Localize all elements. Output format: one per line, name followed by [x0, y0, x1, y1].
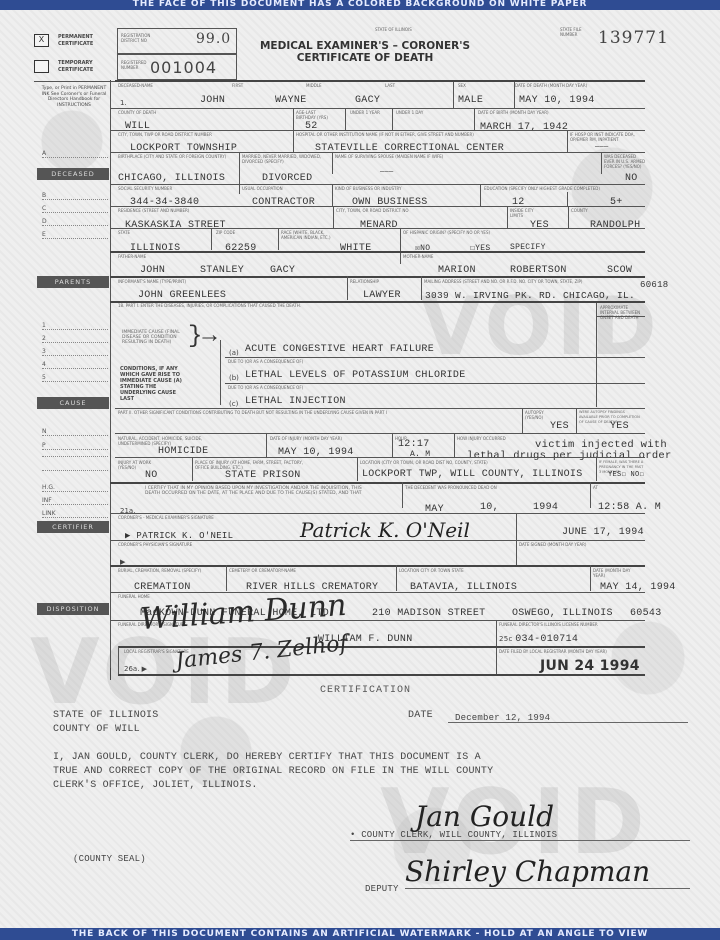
- bracket-arrow-icon: }→: [188, 325, 217, 349]
- injury-location: LOCKPORT TWP, WILL COUNTY, ILLINOIS: [362, 469, 583, 480]
- divider: [392, 433, 393, 457]
- divider: [396, 565, 397, 591]
- divider: [239, 152, 240, 194]
- divider: [514, 82, 515, 108]
- divider: [225, 383, 645, 384]
- code-line-inf: INF: [42, 497, 108, 505]
- divider: [118, 674, 645, 676]
- mother-middle: ROBERTSON: [510, 265, 567, 276]
- divider: [568, 206, 569, 228]
- divider: [110, 228, 645, 229]
- code-line-5: 5: [42, 374, 108, 382]
- zip-label: ZIP CODE: [216, 230, 235, 235]
- hospital-status: ———: [595, 143, 609, 151]
- section-tag-certifier: CERTIFIER: [37, 521, 109, 533]
- at-work-label: INJURY AT WORK (YES/NO): [118, 460, 168, 470]
- field-b: (b): [229, 374, 239, 382]
- divider: [225, 357, 645, 358]
- certification-county: COUNTY OF WILL: [53, 723, 140, 737]
- disposition-date-label: DATE (MONTH DAY YEAR): [593, 568, 643, 578]
- under-1-year-label: UNDER 1 YEAR: [350, 110, 380, 115]
- residence-county: RANDOLPH: [590, 220, 640, 231]
- mailing-address: 3039 W. IRVING PK. RD. CHICAGO, IL.: [425, 290, 635, 301]
- divider: [400, 228, 401, 264]
- cause-a: ACUTE CONGESTIVE HEART FAILURE: [245, 344, 434, 355]
- date-underline: [448, 722, 688, 723]
- father-last: GACY: [270, 265, 295, 276]
- hispanic-label: OF HISPANIC ORIGIN? (SPECIFY NO OR YES): [403, 230, 490, 235]
- manner-of-death: HOMICIDE: [158, 446, 208, 457]
- county-seal: (COUNTY SEAL): [73, 852, 146, 866]
- divider: [516, 513, 517, 565]
- place-of-injury-label: PLACE OF INJURY (AT HOME, FARM, STREET, …: [195, 460, 315, 470]
- due-to-label: DUE TO (OR AS A CONSEQUENCE OF): [228, 359, 303, 364]
- date-of-birth: MARCH 17, 1942: [480, 122, 568, 133]
- cause-c: LETHAL INJECTION: [245, 396, 346, 407]
- deputy-label: DEPUTY: [365, 882, 399, 896]
- certification-state: STATE OF ILLINOIS: [53, 709, 158, 723]
- deceased-middle-name: WAYNE: [275, 95, 307, 106]
- first-label: FIRST: [232, 83, 243, 88]
- form-left-border: [110, 82, 111, 668]
- section-tag-parents: PARENTS: [37, 276, 109, 288]
- divider: [596, 457, 597, 481]
- state-label: STATE OF ILLINOIS: [375, 27, 412, 32]
- funeral-home-city: OSWEGO, ILLINOIS: [512, 608, 613, 619]
- bottom-banner: THE BACK OF THIS DOCUMENT CONTAINS AN AR…: [0, 928, 720, 940]
- divider: [402, 482, 403, 508]
- license-number: 034-010714: [515, 634, 578, 645]
- divider: [567, 130, 568, 152]
- interval-label: APPROXIMATE INTERVAL BETWEEN ONSET AND D…: [600, 305, 644, 320]
- divider: [110, 251, 645, 253]
- divider: [357, 457, 358, 481]
- clerk-signature: Jan Gould: [415, 800, 554, 833]
- divider: [332, 184, 333, 206]
- birthplace: CHICAGO, ILLINOIS: [118, 173, 225, 184]
- divider: [110, 206, 645, 207]
- dob-label: DATE OF BIRTH (MONTH DAY YEAR): [478, 110, 549, 115]
- divider: [110, 152, 645, 153]
- code-line-c: C: [42, 205, 108, 213]
- autopsy-label: AUTOPSY (YES/NO): [525, 410, 549, 420]
- section-tag-disposition: DISPOSITION: [37, 603, 109, 615]
- divider: [293, 130, 294, 152]
- state-file-number: 139771: [598, 28, 669, 48]
- middle-label: MIDDLE: [306, 83, 322, 88]
- divider: [110, 108, 645, 109]
- code-line-2: 2: [42, 335, 108, 343]
- divider: [332, 152, 333, 174]
- divider: [596, 316, 645, 317]
- divider: [347, 276, 348, 300]
- certification-body-line2: TRUE AND CORRECT COPY OF THE ORIGINAL RE…: [53, 765, 493, 779]
- mother-first: MARION: [438, 265, 476, 276]
- divider: [211, 228, 212, 250]
- permanent-certificate-checkbox[interactable]: X: [34, 34, 49, 47]
- date-filed-label: DATE FILED BY LOCAL REGISTRAR (MONTH DAY…: [499, 649, 607, 654]
- certification-body-line1: I, JAN GOULD, COUNTY CLERK, DO HEREBY CE…: [53, 751, 481, 765]
- bullet-icon: •: [350, 830, 361, 840]
- divider: [115, 433, 645, 434]
- instructions-text: Type, or Print in PERMANENT INK See Coro…: [40, 86, 108, 108]
- divider: [110, 184, 645, 185]
- certifier-signature: Patrick K. O'Neil: [300, 518, 470, 542]
- under-1-day-label: UNDER 1 DAY: [396, 110, 423, 115]
- county-of-death-label: COUNTY OF DEATH: [118, 110, 156, 115]
- divider: [110, 482, 645, 484]
- divider: [110, 565, 645, 567]
- code-line-b: B: [42, 192, 108, 200]
- code-line-4: 4: [42, 361, 108, 369]
- father-name-label: FATHER-NAME: [118, 254, 146, 259]
- cause-bracket: [220, 340, 221, 405]
- divider: [293, 108, 294, 130]
- top-banner: THE FACE OF THIS DOCUMENT HAS A COLORED …: [0, 0, 720, 10]
- code-line-p: P: [42, 442, 108, 450]
- education-label: EDUCATION (SPECIFY ONLY HIGHEST GRADE CO…: [484, 186, 600, 191]
- physician-signature-label: CORONER'S PHYSICIAN'S SIGNATURE: [118, 542, 192, 547]
- divider: [333, 206, 334, 228]
- funeral-home-zip: 60543: [630, 608, 662, 619]
- referred-value: YES☐ NO☐: [608, 470, 644, 479]
- registered-number-value: 001004: [150, 58, 217, 77]
- divider: [421, 276, 422, 300]
- injury-at-work: NO: [145, 470, 158, 481]
- code-line-link: LINK: [42, 510, 108, 518]
- state-file-label: STATE FILE NUMBER: [560, 27, 590, 37]
- divider: [110, 513, 645, 514]
- divider: [192, 457, 193, 481]
- last-label: LAST: [385, 83, 395, 88]
- residence-county-label: COUNTY: [571, 208, 588, 213]
- field-25c: 25c: [499, 635, 515, 643]
- inside-city: YES: [530, 220, 549, 231]
- autopsy: YES: [550, 421, 569, 432]
- immediate-cause-label: Immediate Cause (Final disease or condit…: [122, 330, 182, 345]
- marital-label: MARRIED, NEVER MARRIED, WIDOWED, DIVORCE…: [242, 154, 337, 164]
- divider: [596, 303, 597, 407]
- date-filed-stamp: JUN 24 1994: [540, 658, 640, 674]
- age-label: AGE-LAST BIRTHDAY (YRS): [296, 110, 336, 120]
- divider: [115, 457, 645, 458]
- permanent-certificate-label: PERMANENT CERTIFICATE: [58, 34, 110, 48]
- relationship-label: RELATIONSHIP: [350, 279, 379, 284]
- armed-forces: NO: [625, 173, 638, 184]
- temporary-certificate-checkbox[interactable]: [34, 60, 49, 73]
- divider: [453, 82, 454, 108]
- divider: [115, 80, 645, 82]
- deceased-last-name: GACY: [355, 95, 380, 106]
- pronounced-time: 12:58 A. M: [598, 502, 661, 513]
- field-c: (c): [229, 400, 238, 408]
- disposition-method-label: BURIAL, CREMATION, REMOVAL (SPECIFY): [118, 568, 218, 573]
- code-line-d: D: [42, 218, 108, 226]
- certificate-title: MEDICAL EXAMINER'S – CORONER'S CERTIFICA…: [250, 40, 480, 64]
- spouse-name: ———: [380, 168, 394, 176]
- due-to-label: DUE TO (OR AS A CONSEQUENCE OF): [228, 385, 303, 390]
- divider: [110, 276, 645, 278]
- section-tag-cause: CAUSE: [37, 397, 109, 409]
- code-line-hg: H.G.: [42, 484, 108, 492]
- how-injury-label: HOW INJURY OCCURRED: [457, 436, 506, 441]
- divider: [115, 408, 645, 409]
- code-line-a: A: [42, 150, 108, 158]
- temporary-certificate-label: TEMPORARY CERTIFICATE: [58, 60, 110, 74]
- certification-date-label: DATE: [408, 709, 433, 723]
- father-first: JOHN: [140, 265, 165, 276]
- certification-heading: CERTIFICATION: [320, 685, 411, 696]
- informant-label: INFORMANT'S NAME (TYPE/PRINT): [118, 279, 186, 284]
- title-line-1: MEDICAL EXAMINER'S – CORONER'S: [250, 40, 480, 52]
- mother-last: SCOW: [607, 265, 632, 276]
- deputy-signature: Shirley Chapman: [405, 855, 650, 888]
- part2-label: PART II. Other significant conditions co…: [118, 410, 518, 415]
- hospital-label: HOSPITAL OR OTHER INSTITUTION NAME (IF N…: [296, 132, 474, 137]
- divider: [118, 646, 119, 674]
- findings: YES: [610, 421, 629, 432]
- divider: [454, 433, 455, 457]
- code-line-e: E: [42, 231, 108, 239]
- deceased-sex: MALE: [458, 95, 483, 106]
- director-license: 25c 034-010714: [499, 634, 578, 645]
- pronounced-day: 10,: [480, 502, 499, 513]
- date-signed-label: DATE SIGNED (MONTH DAY YEAR): [519, 542, 586, 547]
- code-line-1: 1: [42, 322, 108, 330]
- marital-status: DIVORCED: [262, 173, 312, 184]
- residence-city: MENARD: [360, 220, 398, 231]
- part1-label: 18. PART I. Enter the diseases, injuries…: [118, 303, 598, 308]
- date-of-death-label: DATE OF DEATH (MONTH DAY YEAR): [515, 83, 587, 88]
- place-of-injury: STATE PRISON: [225, 470, 301, 481]
- field-26a: 26a. ▶: [124, 665, 147, 673]
- spouse-label: NAME OF SURVIVING SPOUSE (MAIDEN NAME IF…: [335, 154, 443, 159]
- certification-body-line3: CLERK'S OFFICE, JOLIET, ILLINOIS.: [53, 779, 258, 793]
- date-of-death: MAY 10, 1994: [519, 95, 595, 106]
- divider: [576, 408, 577, 433]
- code-line-3: 3: [42, 348, 108, 356]
- hospital-status-label: IF HOSP OR INST INDICATE DOA, OP/EMER RM…: [570, 132, 640, 142]
- coroner-signature-label: CORONER'S - MEDICAL EXAMINER'S SIGNATURE: [118, 515, 214, 520]
- divider: [590, 482, 591, 508]
- divider: [110, 592, 645, 593]
- field-a: (a): [229, 349, 239, 357]
- relationship: LAWYER: [363, 290, 401, 301]
- city-label: CITY, TOWN, TWP OR ROAD DISTRICT NUMBER: [118, 132, 212, 137]
- mother-name-label: MOTHER-NAME: [403, 254, 433, 259]
- funeral-home-address: 210 MADISON STREET: [372, 608, 485, 619]
- business-label: KIND OF BUSINESS OR INDUSTRY: [335, 186, 401, 191]
- mailing-zip: 60618: [640, 280, 669, 290]
- cause-b: LETHAL LEVELS OF POTASSIUM CHLORIDE: [245, 370, 466, 381]
- title-line-2: CERTIFICATE OF DEATH: [250, 52, 480, 64]
- deceased-name-label: DECEASED-NAME: [118, 83, 153, 88]
- pronounced-year: 1994: [533, 502, 558, 513]
- mailing-address-label: MAILING ADDRESS (STREET AND NO. OR R.F.D…: [424, 279, 604, 284]
- deceased-first-name: JOHN: [200, 95, 225, 106]
- divider: [110, 130, 645, 131]
- state-label: STATE: [118, 230, 130, 235]
- residence-city-label: CITY, TOWN, OR ROAD DISTRICT NO: [336, 208, 408, 213]
- disposition-location-label: LOCATION CITY OR TOWN STATE: [399, 568, 464, 573]
- divider: [590, 565, 591, 591]
- date-signed: JUNE 17, 1994: [562, 527, 644, 538]
- conditions-label: CONDITIONS, IF ANY WHICH GAVE RISE TO IM…: [120, 366, 190, 402]
- informant-name: JOHN GREENLEES: [138, 290, 226, 301]
- race-label: RACE (WHITE, BLACK, AMERICAN INDIAN, ETC…: [281, 230, 339, 240]
- certifier-statement: I CERTIFY THAT IN MY OPINION BASED UPON …: [145, 486, 365, 496]
- divider: [474, 108, 475, 130]
- divider: [345, 108, 346, 130]
- armed-forces-label: WAS DECEASED EVER IN U.S. ARMED FORCES? …: [604, 154, 646, 169]
- divider: [266, 433, 267, 457]
- divider: [522, 408, 523, 433]
- divider: [226, 565, 227, 591]
- occupation-label: USUAL OCCUPATION: [242, 186, 283, 191]
- injury-hour: 12:17: [398, 439, 430, 450]
- divider: [507, 206, 508, 228]
- code-line-blank: [42, 470, 108, 471]
- at-label: AT: [593, 485, 598, 490]
- ssn-label: SOCIAL SECURITY NUMBER: [118, 186, 172, 191]
- divider: [392, 108, 393, 130]
- divider: [567, 192, 568, 206]
- divider: [278, 228, 279, 250]
- residence-label: RESIDENCE (STREET AND NUMBER): [118, 208, 189, 213]
- inside-city-label: INSIDE CITY LIMITS: [510, 208, 535, 218]
- license-label: FUNERAL DIRECTOR'S ILLINOIS LICENSE NUMB…: [499, 622, 598, 627]
- injury-location-label: LOCATION (CITY OR TOWN, OR ROAD DIST NO,…: [360, 460, 488, 465]
- funeral-home-label: FUNERAL HOME: [118, 594, 150, 599]
- injury-date-label: DATE OF INJURY (MONTH DAY YEAR): [270, 436, 342, 441]
- registration-district-value: 99.0: [196, 31, 231, 47]
- registration-district-label: REGISTRATION DISTRICT NO: [121, 33, 161, 43]
- birthplace-label: BIRTHPLACE (CITY AND STATE OR FOREIGN CO…: [118, 154, 233, 159]
- code-line-n: N: [42, 428, 108, 436]
- divider: [601, 152, 602, 174]
- field-number: 1.: [120, 99, 127, 107]
- registered-number-label: REGISTERED NUMBER: [121, 60, 151, 70]
- code-line-blank: [42, 456, 108, 457]
- cemetery-label: CEMETERY OR CREMATORY-NAME: [229, 568, 296, 573]
- section-tag-deceased: DECEASED: [37, 168, 109, 180]
- signature-line: [405, 888, 690, 889]
- divider: [480, 184, 481, 206]
- father-middle: STANLEY: [200, 265, 244, 276]
- sex-label: SEX: [458, 83, 466, 88]
- pronounced-label: THE DECEDENT WAS PRONOUNCED DEAD ON: [405, 485, 497, 490]
- manner-label: NATURAL, ACCIDENT, HOMICIDE, SUICIDE, UN…: [118, 436, 218, 446]
